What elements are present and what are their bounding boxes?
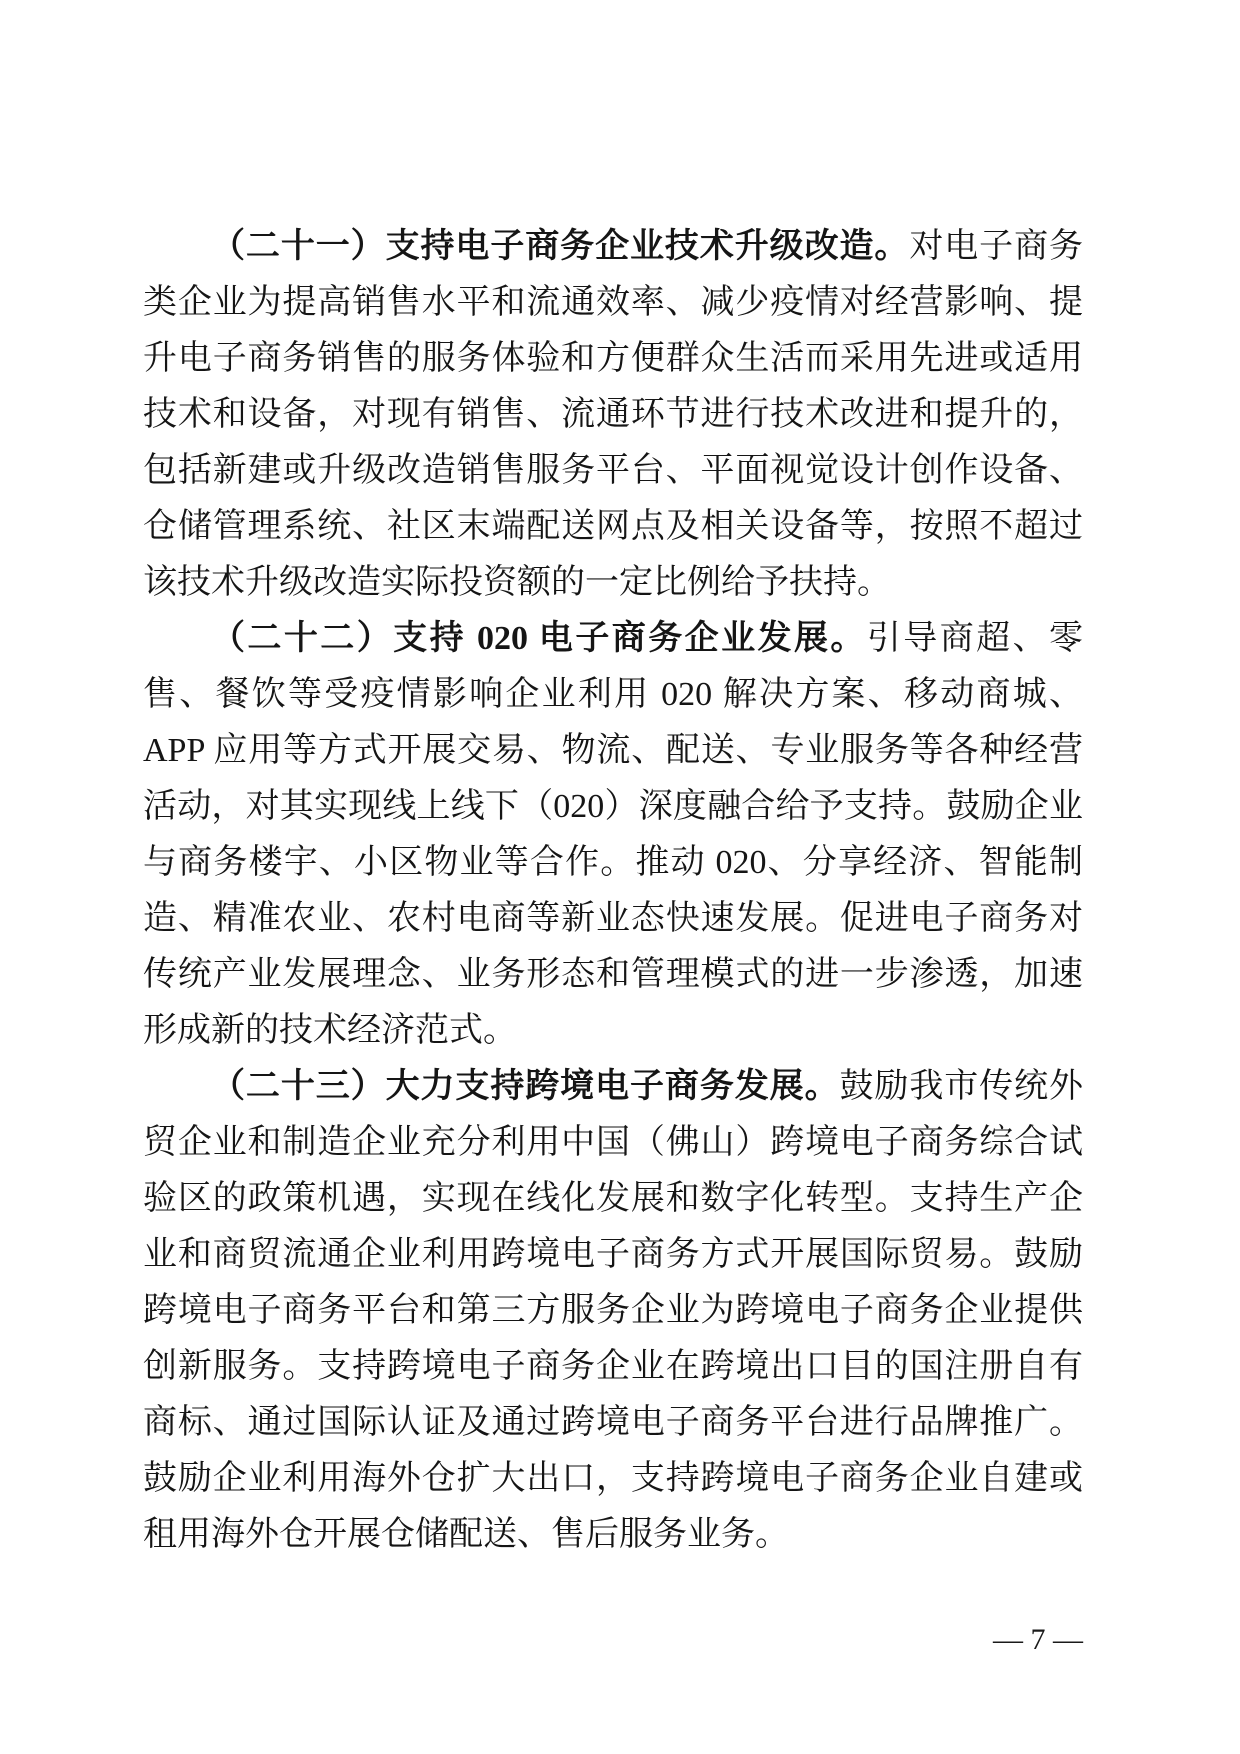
paragraph-23: （二十三）大力支持跨境电子商务发展。鼓励我市传统外贸企业和制造企业充分利用中国（…	[143, 1059, 1083, 1563]
paragraph-22-heading: （二十二）支持 020 电子商务企业发展。	[211, 620, 867, 657]
paragraph-22: （二十二）支持 020 电子商务企业发展。引导商超、零售、餐饮等受疫情影响企业利…	[143, 611, 1083, 1059]
paragraph-21-text: 对电子商务类企业为提高销售水平和流通效率、减少疫情对经营影响、提升电子商务销售的…	[143, 228, 1083, 601]
paragraph-23-text: 鼓励我市传统外贸企业和制造企业充分利用中国（佛山）跨境电子商务综合试验区的政策机…	[143, 1068, 1083, 1553]
document-body: （二十一）支持电子商务企业技术升级改造。对电子商务类企业为提高销售水平和流通效率…	[143, 219, 1083, 1563]
paragraph-22-text: 引导商超、零售、餐饮等受疫情影响企业利用 020 解决方案、移动商城、APP 应…	[143, 620, 1083, 1049]
paragraph-23-heading: （二十三）大力支持跨境电子商务发展。	[211, 1068, 840, 1105]
paragraph-21: （二十一）支持电子商务企业技术升级改造。对电子商务类企业为提高销售水平和流通效率…	[143, 219, 1083, 611]
paragraph-21-heading: （二十一）支持电子商务企业技术升级改造。	[211, 228, 909, 265]
page-number: — 7 —	[993, 1620, 1083, 1660]
document-page: （二十一）支持电子商务企业技术升级改造。对电子商务类企业为提高销售水平和流通效率…	[0, 0, 1240, 1754]
